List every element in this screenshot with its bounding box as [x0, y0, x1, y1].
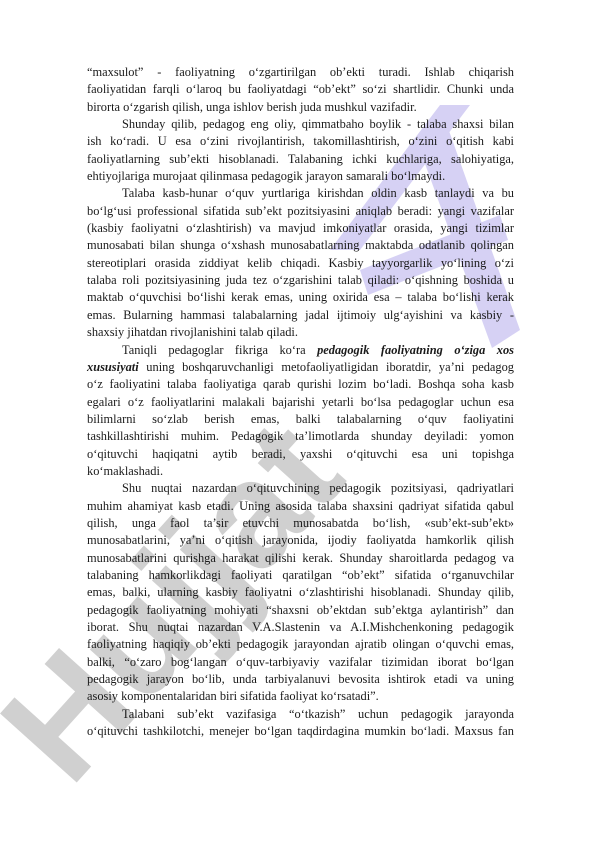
text-line: emas, balki, ularning kasbiy faoliyatni … — [87, 584, 514, 601]
line-text: bilimlarni so‘zlab berish emas, balki ta… — [87, 412, 514, 426]
line-text: balki, “o‘zaro bog‘langan o‘quv-tarbiyav… — [87, 655, 514, 669]
text-line: asosiy komponentalaridan biri sifatida f… — [87, 688, 514, 705]
line-text: talaba roli pozitsiyasining juda tez o‘z… — [87, 273, 514, 287]
text-line: o‘qituvchi haqiqatni aytib beradi, yaxsh… — [87, 446, 514, 463]
line-text: pedagogik faoliyatning mohiyati “shaxsni… — [87, 603, 514, 617]
text-line: pedagogik jarayon bo‘lib, unda tarbiyala… — [87, 671, 514, 688]
text-line: talaba roli pozitsiyasining juda tez o‘z… — [87, 272, 514, 289]
line-text: birorta o‘zgarish qilish, unga ishlov be… — [87, 100, 417, 114]
text-line: faoliyatning haqiqiy ob’ekti pedagogik j… — [87, 636, 514, 653]
text-line: munosabatlarini, ya’ni o‘qitish jarayoni… — [87, 532, 514, 549]
line-text: o‘qituvchi haqiqatni aytib beradi, yaxsh… — [87, 447, 514, 461]
document-page: “maxsulot” - faoliyatning o‘zgartirilgan… — [87, 64, 514, 740]
line-text: Taniqli pedagoglar fikriga ko‘ra — [122, 343, 317, 357]
text-line: (kasbiy faoliyatni o‘zlashtirish) va mav… — [87, 220, 514, 237]
line-text: ish ko‘radi. U esa o‘zini rivojlantirish… — [87, 134, 514, 148]
line-text: iborat. Shu nuqtai nazardan V.A.Slasteni… — [87, 620, 514, 634]
line-text: Shu nuqtai nazardan o‘qituvchining pedag… — [122, 481, 514, 495]
line-text: Talaba kasb-hunar o‘quv yurtlariga kiris… — [122, 186, 514, 200]
text-line: faoliyatlarning sub’ekti hisoblanadi. Ta… — [87, 151, 514, 168]
line-text: faoliyatlarning sub’ekti hisoblanadi. Ta… — [87, 152, 514, 166]
text-line: Shunday qilib, pedagog eng oliy, qimmatb… — [87, 116, 514, 133]
line-text: munosabatlarini qurishga harakat qilishi… — [87, 551, 514, 565]
text-line: bilimlarni so‘zlab berish emas, balki ta… — [87, 411, 514, 428]
line-text: uning boshqaruvchanligi metofaoliyatligi… — [139, 360, 514, 374]
line-text: shaxsiy jihatdan rivojlanishini talab qi… — [87, 325, 298, 339]
line-text: muhim ahamiyat kasb etadi. Uning asosida… — [87, 499, 514, 513]
text-line: egalari o‘z faoliyatlarini malakali baja… — [87, 394, 514, 411]
text-line: munosabatlarini qurishga harakat qilishi… — [87, 550, 514, 567]
line-text: o‘qituvchi tashkilotchi, menejer bo‘lgan… — [87, 724, 514, 738]
text-line: xususiyati uning boshqaruvchanligi metof… — [87, 359, 514, 376]
line-text: Shunday qilib, pedagog eng oliy, qimmatb… — [122, 117, 514, 131]
line-text: munosabatlarini, ya’ni o‘qitish jarayoni… — [87, 533, 514, 547]
text-line: pedagogik faoliyatning mohiyati “shaxsni… — [87, 602, 514, 619]
text-line: emas. Bularning hammasi talabalarning ja… — [87, 307, 514, 324]
text-line: Talabani sub’ekt vazifasiga “o‘tkazish” … — [87, 706, 514, 723]
text-line: faoliyatidan farqli o‘laroq bu faoliyatd… — [87, 81, 514, 98]
text-line: talabaning hamkorlikdagi faoliyati qarat… — [87, 567, 514, 584]
line-text: emas. Bularning hammasi talabalarning ja… — [87, 308, 514, 322]
line-text: talabaning hamkorlikdagi faoliyati qarat… — [87, 568, 514, 582]
text-line: muhim ahamiyat kasb etadi. Uning asosida… — [87, 498, 514, 515]
text-line: o‘z faoliyatini talaba faoliyatiga qarab… — [87, 376, 514, 393]
line-text: (kasbiy faoliyatni o‘zlashtirish) va mav… — [87, 221, 514, 235]
line-text: qilish, unga faol ta’sir etuvchi munosab… — [87, 516, 514, 530]
text-line: ehtiyojlariga murojaat qilinmasa pedagog… — [87, 168, 514, 185]
line-text: pedagogik jarayon bo‘lib, unda tarbiyala… — [87, 672, 514, 686]
text-line: stereotiplari orasida ziddiyat kelib chi… — [87, 255, 514, 272]
text-line: balki, “o‘zaro bog‘langan o‘quv-tarbiyav… — [87, 654, 514, 671]
text-line: bo‘lg‘usi professional sifatida sub’ekt … — [87, 203, 514, 220]
text-line: shaxsiy jihatdan rivojlanishini talab qi… — [87, 324, 514, 341]
line-text: ko‘maklashadi. — [87, 464, 163, 478]
line-text: tashkillashtirishi muhim. Pedagogik ta’l… — [87, 429, 514, 443]
text-line: tashkillashtirishi muhim. Pedagogik ta’l… — [87, 428, 514, 445]
text-line: maktab o‘quvchisi bo‘lishi kerak emas, u… — [87, 289, 514, 306]
line-text: ehtiyojlariga murojaat qilinmasa pedagog… — [87, 169, 445, 183]
emphasis-text: xususiyati — [87, 360, 139, 374]
line-text: “maxsulot” - faoliyatning o‘zgartirilgan… — [87, 65, 514, 79]
line-text: asosiy komponentalaridan biri sifatida f… — [87, 689, 379, 703]
emphasis-text: pedagogik faoliyatning o‘ziga xos — [317, 343, 514, 357]
text-line: ko‘maklashadi. — [87, 463, 514, 480]
text-line: Talaba kasb-hunar o‘quv yurtlariga kiris… — [87, 185, 514, 202]
text-line: Taniqli pedagoglar fikriga ko‘ra pedagog… — [87, 342, 514, 359]
text-line: iborat. Shu nuqtai nazardan V.A.Slasteni… — [87, 619, 514, 636]
text-line: o‘qituvchi tashkilotchi, menejer bo‘lgan… — [87, 723, 514, 740]
text-line: birorta o‘zgarish qilish, unga ishlov be… — [87, 99, 514, 116]
line-text: emas, balki, ularning kasbiy faoliyatni … — [87, 585, 514, 599]
line-text: bo‘lg‘usi professional sifatida sub’ekt … — [87, 204, 514, 218]
line-text: egalari o‘z faoliyatlarini malakali baja… — [87, 395, 514, 409]
line-text: maktab o‘quvchisi bo‘lishi kerak emas, u… — [87, 290, 514, 304]
text-line: munosabati bilan shunga o‘xshash munosab… — [87, 237, 514, 254]
line-text: faoliyatidan farqli o‘laroq bu faoliyatd… — [87, 82, 514, 96]
line-text: o‘z faoliyatini talaba faoliyatiga qarab… — [87, 377, 514, 391]
text-line: Shu nuqtai nazardan o‘qituvchining pedag… — [87, 480, 514, 497]
line-text: munosabati bilan shunga o‘xshash munosab… — [87, 238, 514, 252]
line-text: Talabani sub’ekt vazifasiga “o‘tkazish” … — [122, 707, 514, 721]
text-line: ish ko‘radi. U esa o‘zini rivojlantirish… — [87, 133, 514, 150]
text-line: “maxsulot” - faoliyatning o‘zgartirilgan… — [87, 64, 514, 81]
text-line: qilish, unga faol ta’sir etuvchi munosab… — [87, 515, 514, 532]
line-text: faoliyatning haqiqiy ob’ekti pedagogik j… — [87, 637, 514, 651]
line-text: stereotiplari orasida ziddiyat kelib chi… — [87, 256, 514, 270]
